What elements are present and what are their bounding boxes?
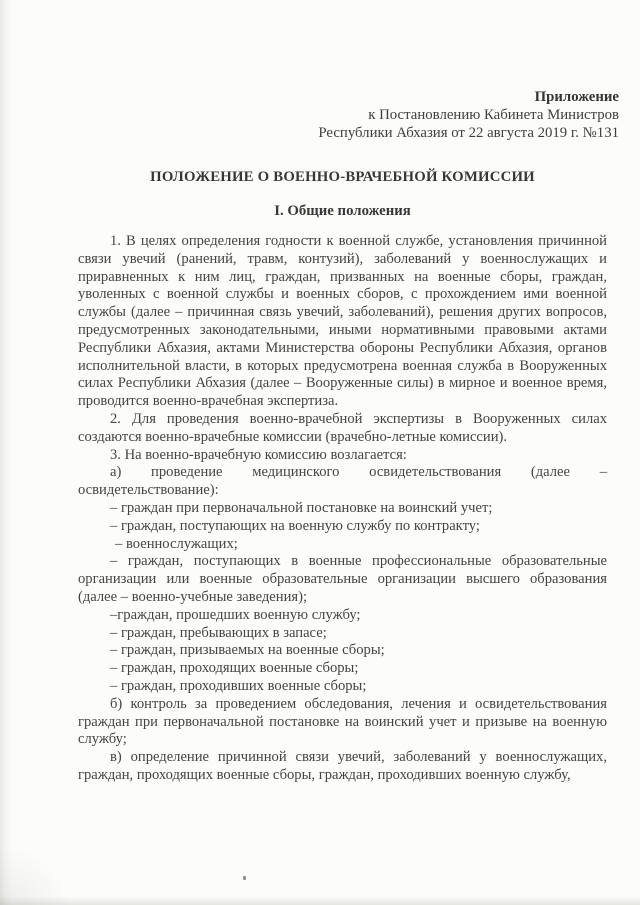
- document-title: ПОЛОЖЕНИЕ О ВОЕННО-ВРАЧЕБНОЙ КОМИССИИ: [78, 168, 607, 186]
- paragraph-point-1: 1. В целях определения годности к военно…: [78, 233, 607, 411]
- paragraph-subpoint-v: в) определение причинной связи увечий, з…: [78, 749, 607, 785]
- annex-block: Приложение к Постановлению Кабинета Мини…: [78, 88, 619, 142]
- list-item-initial-registration: – граждан при первоначальной постановке …: [78, 500, 607, 518]
- list-item-servicemen: – военнослужащих;: [78, 536, 607, 554]
- document-content: Приложение к Постановлению Кабинета Мини…: [78, 88, 607, 785]
- scan-corner-smudge: [0, 845, 70, 905]
- section-heading-general-provisions: I. Общие положения: [78, 202, 607, 220]
- scan-shadow-bottom: [0, 896, 640, 905]
- paragraph-point-2: 2. Для проведения военно-врачебной экспе…: [78, 411, 607, 447]
- list-item-completed-service: –граждан, прошедших военную службу;: [78, 607, 607, 625]
- scan-shadow-left: [0, 0, 12, 905]
- document-body: 1. В целях определения годности к военно…: [78, 233, 607, 785]
- paragraph-subpoint-a: а) проведение медицинского освидетельств…: [78, 464, 607, 500]
- list-item-contract-service: – граждан, поступающих на военную службу…: [78, 518, 607, 536]
- paragraph-subpoint-b: б) контроль за проведением обследования,…: [78, 696, 607, 749]
- list-item-reserve: – граждан, пребывающих в запасе;: [78, 625, 607, 643]
- annex-label: Приложение: [78, 88, 619, 106]
- list-item-military-schools: – граждан, поступающих в военные професс…: [78, 553, 607, 606]
- scanned-document-page: Приложение к Постановлению Кабинета Мини…: [0, 0, 640, 905]
- annex-line-date-number: Республики Абхазия от 22 августа 2019 г.…: [78, 124, 619, 142]
- list-item-undergoing-training: – граждан, проходящих военные сборы;: [78, 660, 607, 678]
- paragraph-point-3: 3. На военно-врачебную комиссию возлагае…: [78, 447, 607, 465]
- scan-speck: [243, 876, 246, 880]
- annex-line-resolution: к Постановлению Кабинета Министров: [78, 106, 619, 124]
- list-item-past-training: – граждан, проходивших военные сборы;: [78, 678, 607, 696]
- list-item-called-to-training: – граждан, призываемых на военные сборы;: [78, 642, 607, 660]
